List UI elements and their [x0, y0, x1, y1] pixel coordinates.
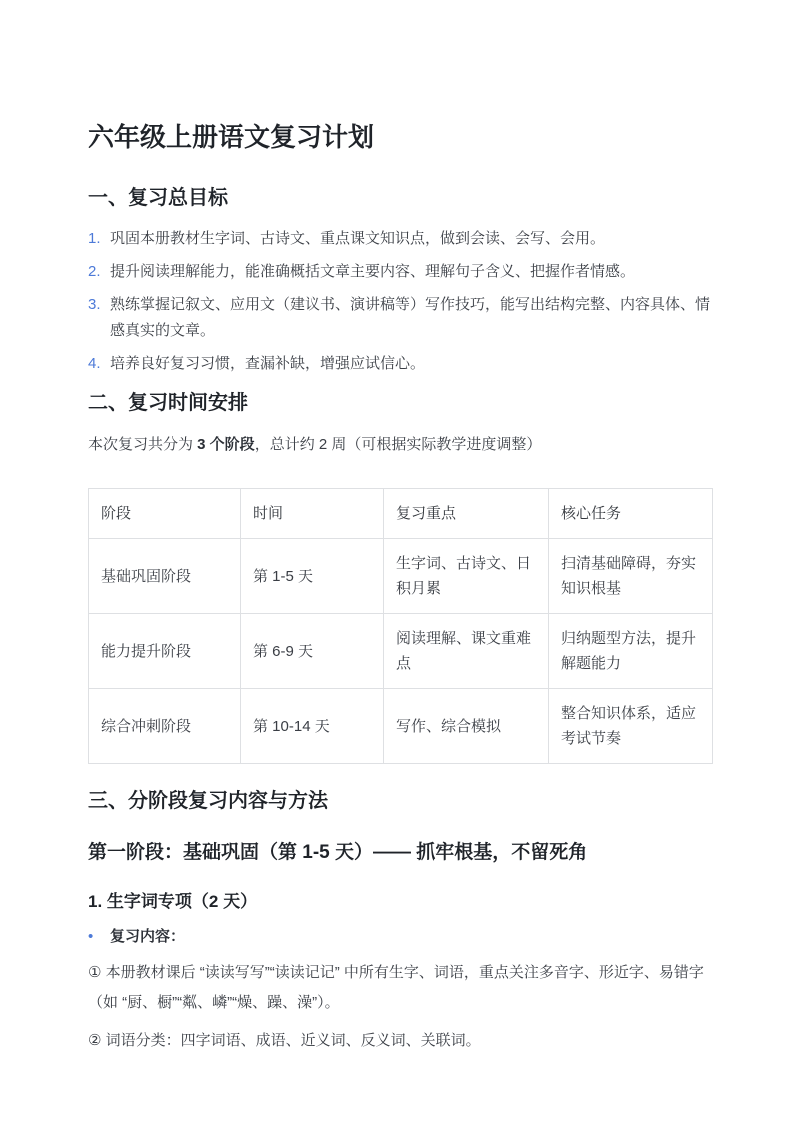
document-content: 六年级上册语文复习计划 一、复习总目标 1. 巩固本册教材生字词、古诗文、重点课… — [0, 0, 793, 1056]
cell-stage: 基础巩固阶段 — [89, 539, 241, 614]
list-item-text: 熟练掌握记叙文、应用文（建议书、演讲稿等）写作技巧，能写出结构完整、内容具体、情… — [110, 292, 712, 344]
goal-list-item: 4. 培养良好复习习惯，查漏补缺，增强应试信心。 — [88, 351, 712, 377]
schedule-intro: 本次复习共分为 3 个阶段，总计约 2 周（可根据实际教学进度调整） — [88, 432, 712, 458]
list-number: 1. — [88, 226, 110, 252]
cell-time: 第 10-14 天 — [241, 689, 384, 764]
col-header-stage: 阶段 — [89, 489, 241, 539]
list-number: 2. — [88, 259, 110, 285]
document-page: 六年级上册语文复习计划 一、复习总目标 1. 巩固本册教材生字词、古诗文、重点课… — [0, 0, 793, 1122]
table-header-row: 阶段 时间 复习重点 核心任务 — [89, 489, 713, 539]
cell-time: 第 1-5 天 — [241, 539, 384, 614]
goal-list-item: 1. 巩固本册教材生字词、古诗文、重点课文知识点，做到会读、会写、会用。 — [88, 226, 712, 252]
goal-list: 1. 巩固本册教材生字词、古诗文、重点课文知识点，做到会读、会写、会用。 2. … — [88, 226, 712, 377]
subsection-heading: 1. 生字词专项（2 天） — [88, 890, 712, 914]
list-item-text: 提升阅读理解能力，能准确概括文章主要内容、理解句子含义、把握作者情感。 — [110, 259, 712, 285]
goal-list-item: 2. 提升阅读理解能力，能准确概括文章主要内容、理解句子含义、把握作者情感。 — [88, 259, 712, 285]
section-3-heading: 三、分阶段复习内容与方法 — [88, 788, 712, 814]
table-row: 基础巩固阶段 第 1-5 天 生字词、古诗文、日积月累 扫清基础障碍，夯实知识根… — [89, 539, 713, 614]
bullet-item: • 复习内容： — [88, 924, 712, 950]
cell-stage: 综合冲刺阶段 — [89, 689, 241, 764]
stage-1-heading: 第一阶段：基础巩固（第 1-5 天）—— 抓牢根基，不留死角 — [88, 840, 712, 866]
table-row: 综合冲刺阶段 第 10-14 天 写作、综合模拟 整合知识体系，适应考试节奏 — [89, 689, 713, 764]
col-header-task: 核心任务 — [549, 489, 713, 539]
intro-prefix: 本次复习共分为 — [88, 436, 197, 453]
list-number: 4. — [88, 351, 110, 377]
bullet-label: 复习内容： — [110, 924, 185, 950]
cell-task: 整合知识体系，适应考试节奏 — [549, 689, 713, 764]
content-paragraph-2: ② 词语分类：四字词语、成语、近义词、反义词、关联词。 — [88, 1026, 712, 1056]
content-paragraph-1: ① 本册教材课后 “读读写写”“读读记记” 中所有生字、词语，重点关注多音字、形… — [88, 958, 712, 1018]
table-row: 能力提升阶段 第 6-9 天 阅读理解、课文重难点 归纳题型方法，提升解题能力 — [89, 614, 713, 689]
cell-focus: 阅读理解、课文重难点 — [384, 614, 549, 689]
cell-time: 第 6-9 天 — [241, 614, 384, 689]
intro-bold: 3 个阶段 — [197, 436, 255, 453]
bullet-icon: • — [88, 924, 110, 950]
list-item-text: 巩固本册教材生字词、古诗文、重点课文知识点，做到会读、会写、会用。 — [110, 226, 712, 252]
col-header-focus: 复习重点 — [384, 489, 549, 539]
cell-task: 扫清基础障碍，夯实知识根基 — [549, 539, 713, 614]
section-2-heading: 二、复习时间安排 — [88, 390, 712, 416]
list-number: 3. — [88, 292, 110, 318]
goal-list-item: 3. 熟练掌握记叙文、应用文（建议书、演讲稿等）写作技巧，能写出结构完整、内容具… — [88, 292, 712, 344]
list-item-text: 培养良好复习习惯，查漏补缺，增强应试信心。 — [110, 351, 712, 377]
cell-focus: 写作、综合模拟 — [384, 689, 549, 764]
col-header-time: 时间 — [241, 489, 384, 539]
cell-task: 归纳题型方法，提升解题能力 — [549, 614, 713, 689]
doc-title: 六年级上册语文复习计划 — [88, 120, 712, 154]
cell-stage: 能力提升阶段 — [89, 614, 241, 689]
section-1-heading: 一、复习总目标 — [88, 185, 712, 211]
intro-suffix: ，总计约 2 周（可根据实际教学进度调整） — [255, 436, 542, 453]
schedule-table: 阶段 时间 复习重点 核心任务 基础巩固阶段 第 1-5 天 生字词、古诗文、日… — [88, 488, 713, 764]
cell-focus: 生字词、古诗文、日积月累 — [384, 539, 549, 614]
